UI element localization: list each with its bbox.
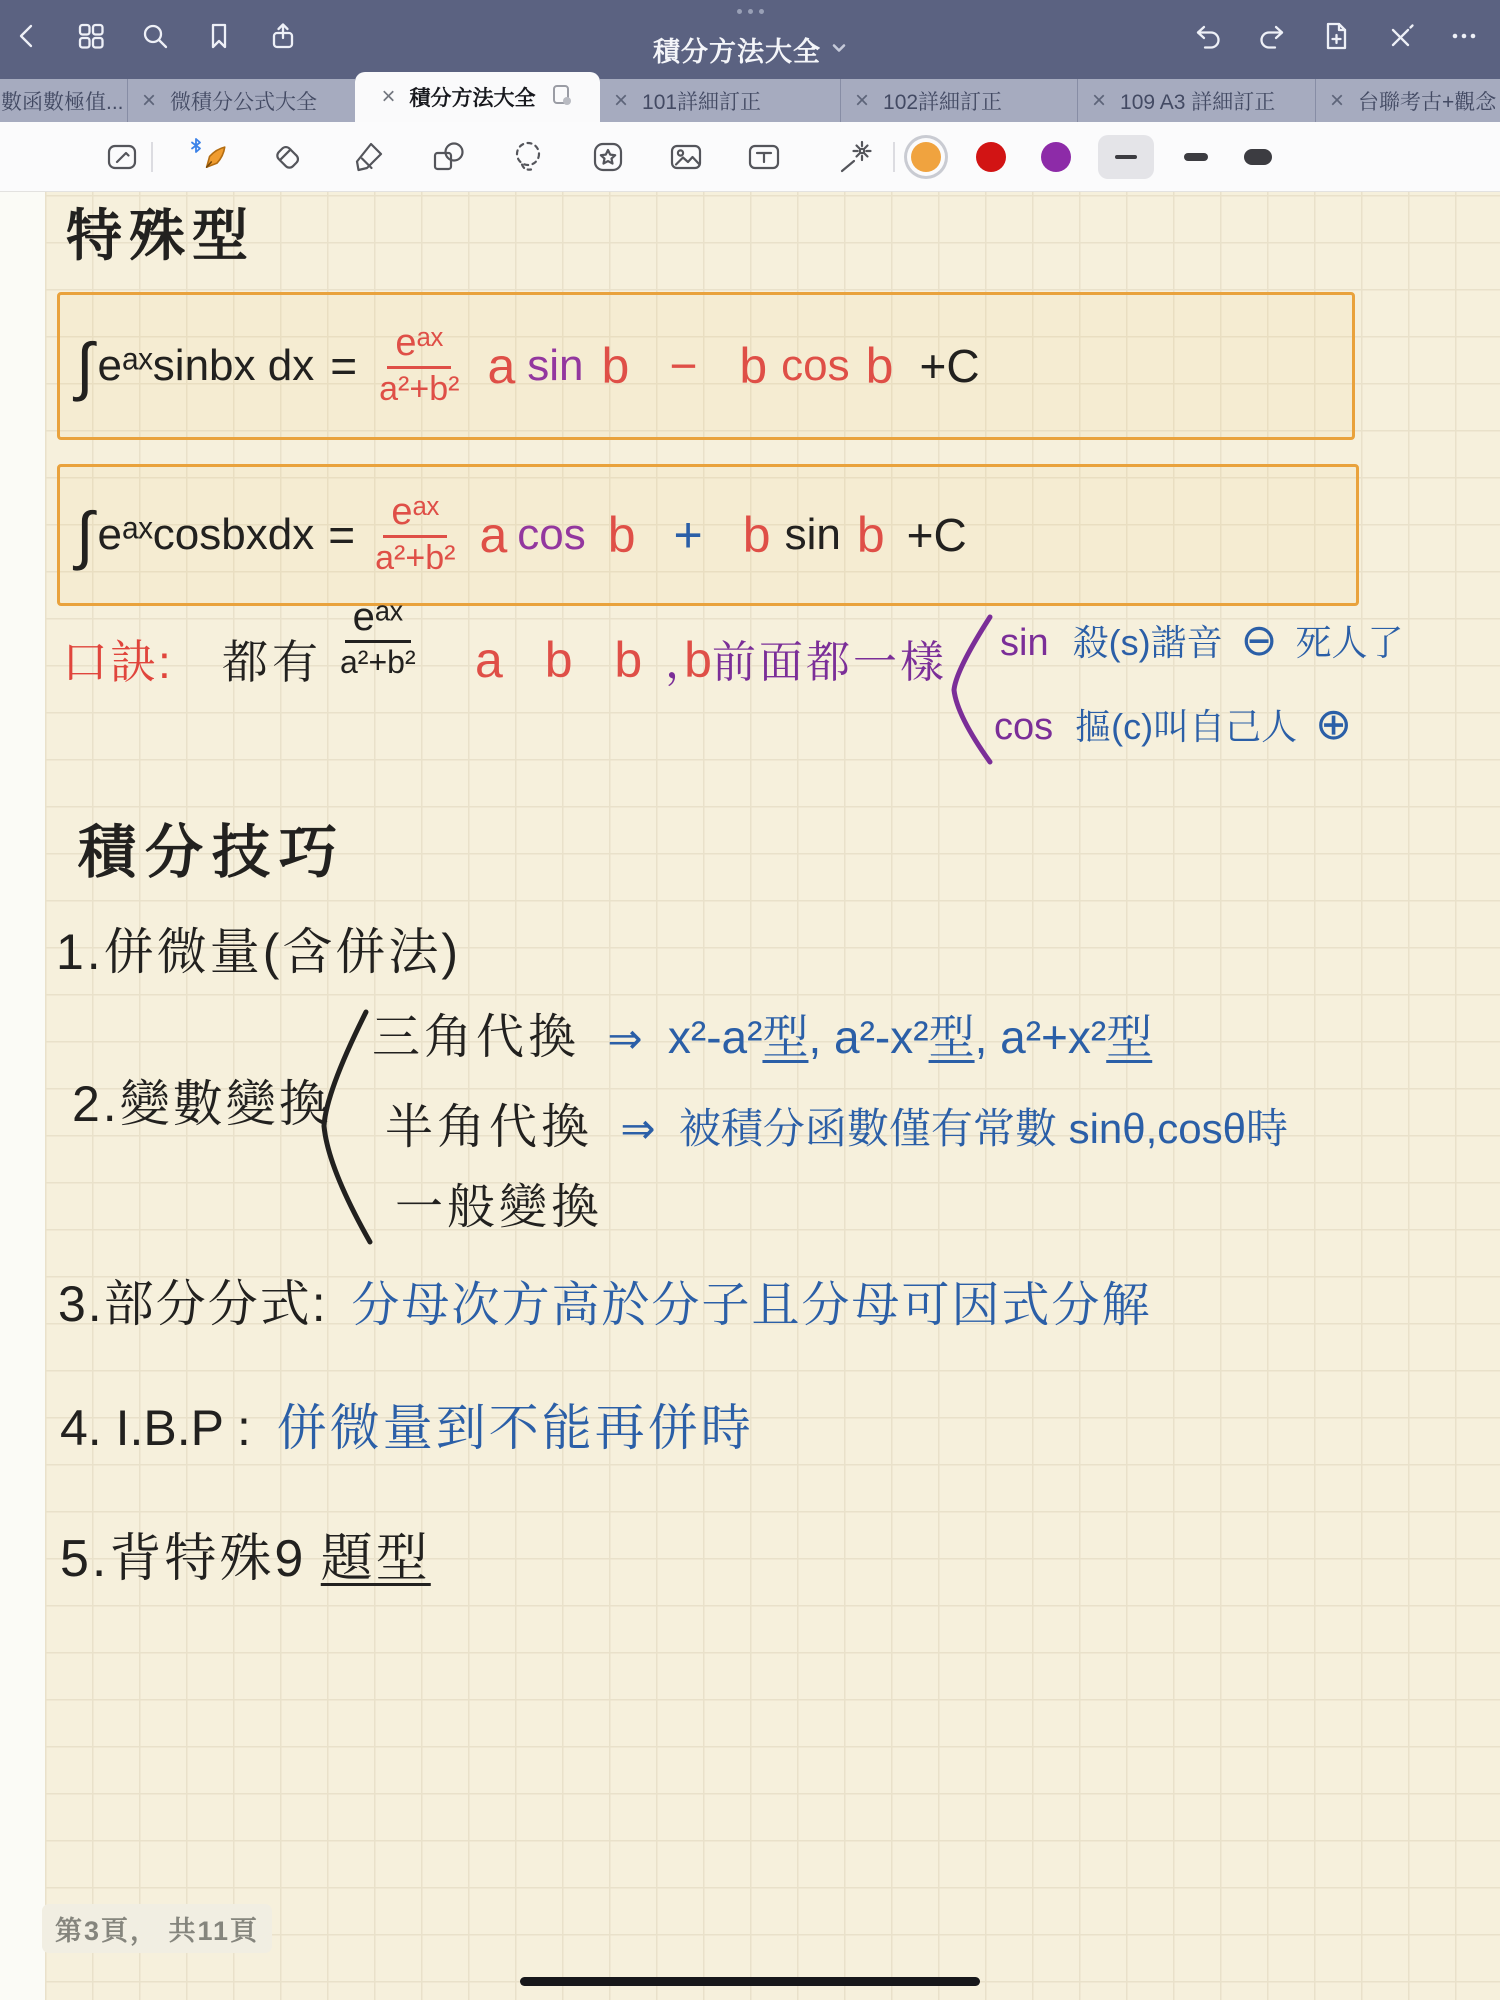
crossed-pencil-icon [1385, 21, 1415, 51]
separator: , [975, 1011, 1001, 1063]
stroke-width-thick[interactable] [1230, 135, 1286, 179]
formula-box-sin: ∫ eᵃˣsinbx dx = eᵃˣ a²+b² a sin b − b co… [57, 292, 1355, 440]
type-expr: a²-x² [834, 1011, 929, 1063]
color-swatch-orange-selected[interactable] [911, 142, 941, 172]
item-text-underlined: 題型 [321, 1530, 431, 1588]
mnemonic-brace [944, 612, 996, 767]
technique-item-2: 2.變數變換 [72, 1076, 332, 1134]
branch-label: 三角代換 [372, 1011, 580, 1064]
tab-label: 102詳細訂正 [883, 86, 1002, 116]
fraction: eᵃˣ a²+b² [379, 324, 459, 408]
tab-label: 101詳細訂正 [642, 86, 761, 116]
stop-editing-button[interactable] [1378, 14, 1422, 58]
top-navigation-bar: 積分方法大全 [0, 0, 1500, 79]
fraction: eᵃˣ a²+b² [375, 493, 455, 577]
laser-pointer-icon [837, 138, 875, 176]
mnemonic-line-cos: cos 摳(c)叫自己人 ⊕ [994, 700, 1352, 751]
technique-item-3: 3.部分分式: 分母次方高於分子且分母可因式分解 [58, 1276, 1152, 1334]
equals-sign: = [330, 339, 357, 393]
item-text: 分母次方高於分子且分母可因式分解 [352, 1279, 1152, 1332]
image-icon [668, 139, 704, 175]
goodnotes-app: 積分方法大全 數函數極值... × 微積分公式大全 × 積分方法大全 × 101… [0, 0, 1500, 2000]
term-b: b [602, 337, 630, 395]
redo-button[interactable] [1250, 14, 1294, 58]
eraser-icon [270, 139, 306, 175]
tab-document-7[interactable]: × 台聯考古+觀念 [1315, 79, 1500, 122]
tab-label: 台聯考古+觀念 [1358, 86, 1496, 116]
arrow-icon: ⇒ [607, 1015, 642, 1062]
term-sin: sin [785, 510, 841, 560]
mnemonic-tail: ，前面都一樣 [665, 638, 947, 689]
equals-sign: = [328, 508, 355, 562]
mnemonic-label: 口訣: [62, 636, 173, 689]
technique-item-5: 5.背特殊9 題型 [60, 1530, 431, 1590]
tab-close-icon[interactable]: × [614, 89, 628, 113]
term-sin: sin [527, 341, 583, 391]
sticker-star-icon [590, 139, 626, 175]
stroke-width-thin-selected[interactable] [1098, 135, 1154, 179]
mnemonic-text: 摳(c)叫自己人 [1075, 706, 1297, 747]
tab-close-icon[interactable]: × [1330, 89, 1344, 113]
plus-c: +C [907, 508, 967, 562]
color-swatch-red[interactable] [976, 142, 1006, 172]
branch-half-angle-substitution: 半角代換 ⇒ 被積分函數僅有常數 sinθ,cosθ時 [385, 1100, 1288, 1155]
page-left-margin [0, 192, 45, 2000]
fraction-numerator: eᵃˣ [383, 493, 447, 538]
operator-minus: − [669, 339, 697, 394]
branches-brace [312, 1006, 376, 1248]
tab-label: 積分方法大全 [410, 82, 536, 112]
tab-document-6[interactable]: × 109 A3 詳細訂正 [1077, 79, 1315, 122]
fraction-denominator: a²+b² [340, 643, 416, 680]
thick-stroke-icon [1244, 149, 1272, 165]
text-icon [746, 139, 782, 175]
fraction-denominator: a²+b² [375, 538, 455, 577]
lasso-tool[interactable] [506, 135, 550, 179]
tab-close-icon[interactable]: × [381, 85, 395, 109]
technique-item-1: 1.併微量(含併法) [56, 924, 461, 982]
toolbar-divider [151, 142, 153, 172]
branch-trig-substitution: 三角代換 ⇒ x²-a²型, a²-x²型, a²+x²型 [372, 1010, 1152, 1065]
mnemonic-text: 殺(s)諧音 [1073, 622, 1223, 663]
type-expr: a²+x² [1000, 1011, 1106, 1063]
sin-word: sin [1000, 622, 1049, 664]
pen-toolbar [0, 122, 1500, 192]
mnemonic-fraction: eᵃˣ a²+b² [340, 596, 416, 680]
add-page-button[interactable] [1314, 14, 1358, 58]
branch-text: 被積分函數僅有常數 sinθ,cosθ時 [679, 1105, 1288, 1152]
tab-label: 數函數極值... [1, 86, 124, 116]
thin-stroke-icon [1115, 155, 1137, 159]
fraction-denominator: a²+b² [379, 369, 459, 408]
more-options-button[interactable] [1442, 14, 1486, 58]
operator-plus: + [674, 506, 703, 564]
mnemonic-line-sin: sin 殺(s)諧音 ⊖ 死人了 [1000, 616, 1404, 667]
arrow-icon: ⇒ [620, 1105, 655, 1152]
mnemonic-pre: 都有 [222, 636, 322, 689]
term-b: b [743, 506, 771, 564]
pen-tool-selected[interactable] [188, 135, 232, 179]
term-a: a [487, 337, 515, 395]
tab-document-3-active[interactable]: × 積分方法大全 [355, 72, 600, 122]
type-expr: x²-a² [668, 1011, 763, 1063]
color-swatch-purple[interactable] [1041, 142, 1071, 172]
integral-sign: ∫ [76, 498, 94, 572]
highlighter-icon [350, 139, 386, 175]
term-b: b [857, 506, 885, 564]
term-b: b [739, 337, 767, 395]
tab-document-1[interactable]: 數函數極值... [0, 79, 127, 122]
undo-icon [1192, 20, 1224, 52]
circled-plus: ⊕ [1315, 700, 1352, 749]
branch-label: 半角代換 [385, 1101, 593, 1154]
notebook-pen-icon [104, 139, 140, 175]
notebook-panel-button[interactable] [100, 135, 144, 179]
ellipsis-icon [1448, 20, 1480, 52]
item-label: 5.背特殊9 [60, 1530, 306, 1588]
lasso-icon [510, 139, 546, 175]
stroke-width-medium[interactable] [1168, 135, 1224, 179]
fraction-numerator: eᵃˣ [345, 596, 411, 643]
tab-document-4[interactable]: × 101詳細訂正 [600, 79, 840, 122]
handwritten-section-title: 積分技巧 [78, 820, 346, 887]
tab-close-icon[interactable]: × [142, 89, 156, 113]
shapes-tool[interactable] [426, 135, 470, 179]
tab-label: 微積分公式大全 [170, 86, 317, 116]
tab-close-icon[interactable]: × [1092, 89, 1106, 113]
tab-label: 109 A3 詳細訂正 [1120, 86, 1275, 116]
chevron-down-icon [831, 41, 847, 59]
page-overview-icon[interactable] [550, 83, 574, 112]
item-label: 3.部分分式: [58, 1276, 328, 1332]
formula-lhs: eᵃˣsinbx dx [98, 341, 315, 391]
laser-pointer-tool[interactable] [834, 135, 878, 179]
item-text: 併微量到不能再併時 [277, 1400, 754, 1456]
term-cos: cos [781, 341, 849, 391]
stickers-tool[interactable] [586, 135, 630, 179]
text-tool[interactable] [742, 135, 786, 179]
mnemonic-text: 死人了 [1295, 622, 1403, 663]
undo-button[interactable] [1186, 14, 1230, 58]
bluetooth-pen-icon [188, 137, 232, 177]
tab-document-5[interactable]: × 102詳細訂正 [840, 79, 1077, 122]
add-page-icon [1320, 20, 1352, 52]
term-b: b [608, 506, 636, 564]
fraction-numerator: eᵃˣ [387, 324, 451, 369]
highlighter-tool[interactable] [346, 135, 390, 179]
eraser-tool[interactable] [266, 135, 310, 179]
note-page-canvas[interactable]: 特殊型 ∫ eᵃˣsinbx dx = eᵃˣ a²+b² a sin b − … [0, 192, 1500, 2000]
term-cos: cos [517, 510, 585, 560]
type-suffix: 型 [929, 1011, 975, 1063]
image-tool[interactable] [664, 135, 708, 179]
cos-word: cos [994, 706, 1053, 748]
item-label: 4. I.B.P : [60, 1400, 251, 1456]
formula-lhs: eᵃˣcosbxdx [98, 510, 315, 560]
document-title: 積分方法大全 [653, 30, 821, 69]
tab-close-icon[interactable]: × [855, 89, 869, 113]
formula-box-cos: ∫ eᵃˣcosbxdx = eᵃˣ a²+b² a cos b + b sin… [57, 464, 1359, 606]
handwritten-section-title: 特殊型 [66, 204, 255, 268]
integral-sign: ∫ [76, 329, 94, 403]
tab-document-2[interactable]: × 微積分公式大全 [127, 79, 355, 122]
medium-stroke-icon [1184, 153, 1208, 161]
term-a: a [479, 506, 507, 564]
shapes-icon [430, 139, 466, 175]
type-suffix: 型 [1106, 1011, 1152, 1063]
redo-icon [1256, 20, 1288, 52]
term-b: b [866, 337, 894, 395]
separator: , [808, 1011, 834, 1063]
home-indicator[interactable] [520, 1977, 980, 1986]
toolbar-divider [893, 142, 895, 172]
branch-general-substitution: 一般變換 [395, 1180, 603, 1235]
type-suffix: 型 [762, 1011, 808, 1063]
technique-item-4: 4. I.B.P : 併微量到不能再併時 [60, 1400, 754, 1458]
document-tab-bar: 數函數極值... × 微積分公式大全 × 積分方法大全 × 101詳細訂正 × … [0, 79, 1500, 122]
circled-minus: ⊖ [1241, 616, 1278, 665]
page-indicator: 第3頁， 共11頁 [42, 1904, 272, 1953]
plus-c: +C [919, 339, 979, 393]
